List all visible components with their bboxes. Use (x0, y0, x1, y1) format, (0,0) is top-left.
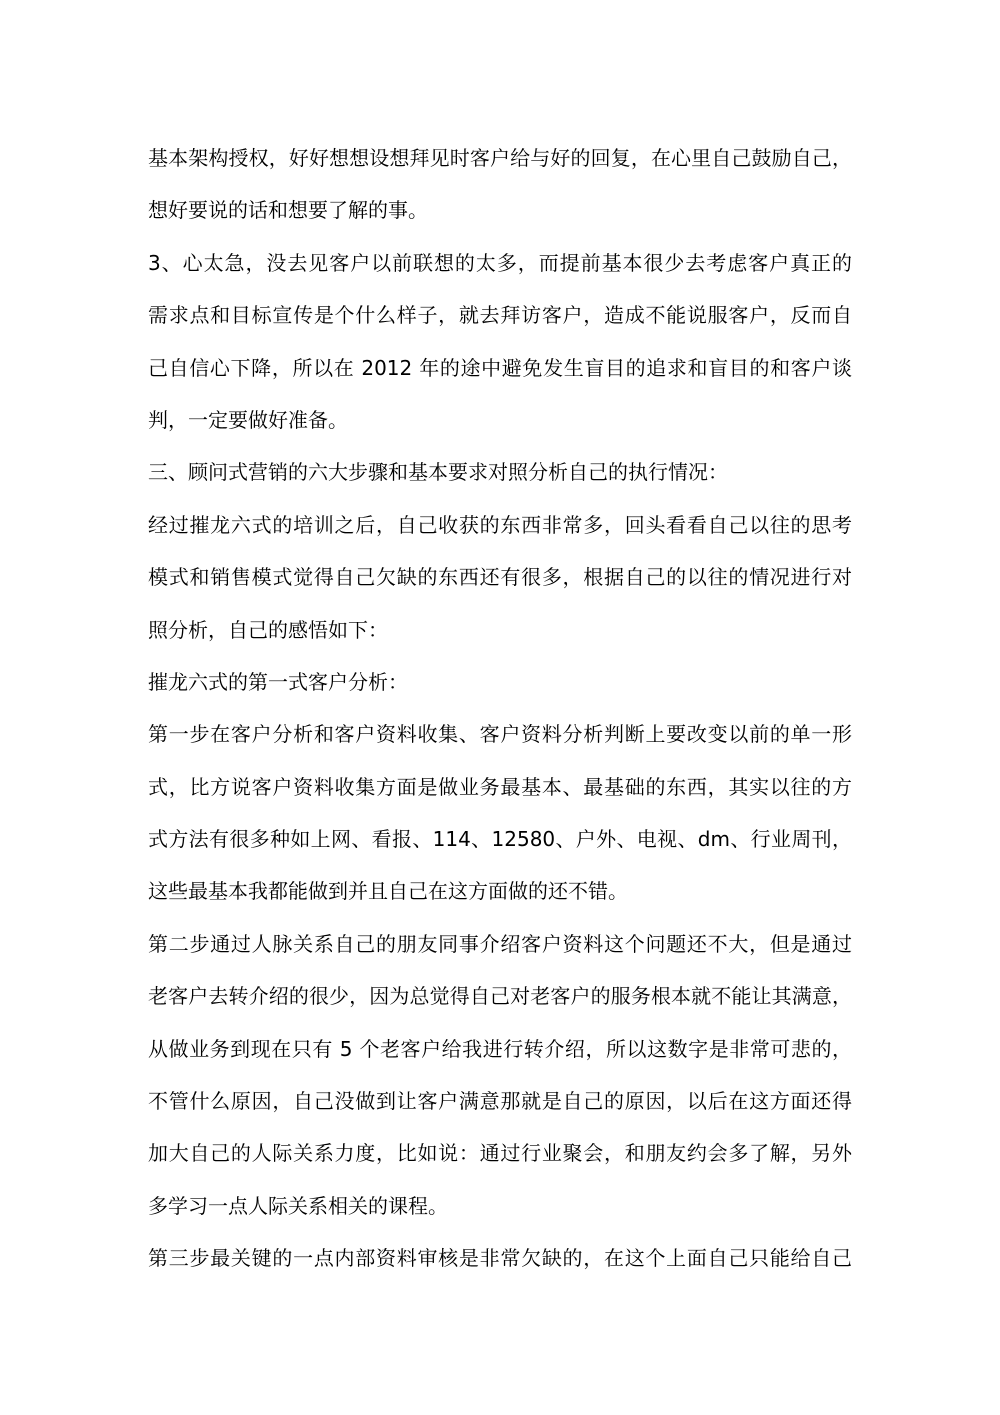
document-body: 基本架构授权，好好想想设想拜见时客户给与好的回复，在心里自己鼓励自己，想好要说的… (0, 0, 1000, 1285)
text-line: 基本架构授权，好好想想设想拜见时客户给与好的回复，在心里自己鼓励自己， (148, 132, 852, 184)
text-line: 不管什么原因，自己没做到让客户满意那就是自己的原因，以后在这方面还得 (148, 1075, 852, 1127)
text-line: 老客户去转介绍的很少，因为总觉得自己对老客户的服务根本就不能让其满意， (148, 970, 852, 1022)
text-line: 经过摧龙六式的培训之后，自己收获的东西非常多，回头看看自己以往的思考 (148, 499, 852, 551)
text-line: 从做业务到现在只有 5 个老客户给我进行转介绍，所以这数字是非常可悲的， (148, 1023, 852, 1075)
document-page: 基本架构授权，好好想想设想拜见时客户给与好的回复，在心里自己鼓励自己，想好要说的… (0, 0, 1000, 1415)
text-line: 3、心太急，没去见客户以前联想的太多，而提前基本很少去考虑客户真正的 (148, 237, 852, 289)
text-line: 摧龙六式的第一式客户分析： (148, 656, 852, 708)
paragraph: 3、心太急，没去见客户以前联想的太多，而提前基本很少去考虑客户真正的需求点和目标… (148, 237, 852, 447)
paragraph: 三、顾问式营销的六大步骤和基本要求对照分析自己的执行情况： (148, 446, 852, 498)
paragraph: 第三步最关键的一点内部资料审核是非常欠缺的，在这个上面自己只能给自己 (148, 1232, 852, 1284)
text-line: 多学习一点人际关系相关的课程。 (148, 1180, 852, 1232)
paragraph: 第一步在客户分析和客户资料收集、客户资料分析判断上要改变以前的单一形式，比方说客… (148, 708, 852, 918)
text-line: 需求点和目标宣传是个什么样子，就去拜访客户，造成不能说服客户，反而自 (148, 289, 852, 341)
paragraph: 经过摧龙六式的培训之后，自己收获的东西非常多，回头看看自己以往的思考模式和销售模… (148, 499, 852, 656)
text-line: 第二步通过人脉关系自己的朋友同事介绍客户资料这个问题还不大，但是通过 (148, 918, 852, 970)
paragraph: 摧龙六式的第一式客户分析： (148, 656, 852, 708)
text-line: 这些最基本我都能做到并且自己在这方面做的还不错。 (148, 865, 852, 917)
text-line: 判，一定要做好准备。 (148, 394, 852, 446)
text-line: 己自信心下降，所以在 2012 年的途中避免发生盲目的追求和盲目的和客户谈 (148, 342, 852, 394)
text-line: 照分析，自己的感悟如下： (148, 604, 852, 656)
text-line: 第一步在客户分析和客户资料收集、客户资料分析判断上要改变以前的单一形 (148, 708, 852, 760)
text-line: 三、顾问式营销的六大步骤和基本要求对照分析自己的执行情况： (148, 446, 852, 498)
text-line: 加大自己的人际关系力度，比如说：通过行业聚会，和朋友约会多了解，另外 (148, 1127, 852, 1179)
text-line: 式方法有很多种如上网、看报、114、12580、户外、电视、dm、行业周刊， (148, 813, 852, 865)
text-line: 式，比方说客户资料收集方面是做业务最基本、最基础的东西，其实以往的方 (148, 761, 852, 813)
text-line: 模式和销售模式觉得自己欠缺的东西还有很多，根据自己的以往的情况进行对 (148, 551, 852, 603)
text-line: 想好要说的话和想要了解的事。 (148, 184, 852, 236)
paragraph: 基本架构授权，好好想想设想拜见时客户给与好的回复，在心里自己鼓励自己，想好要说的… (148, 132, 852, 237)
paragraph: 第二步通过人脉关系自己的朋友同事介绍客户资料这个问题还不大，但是通过老客户去转介… (148, 918, 852, 1232)
text-line: 第三步最关键的一点内部资料审核是非常欠缺的，在这个上面自己只能给自己 (148, 1232, 852, 1284)
